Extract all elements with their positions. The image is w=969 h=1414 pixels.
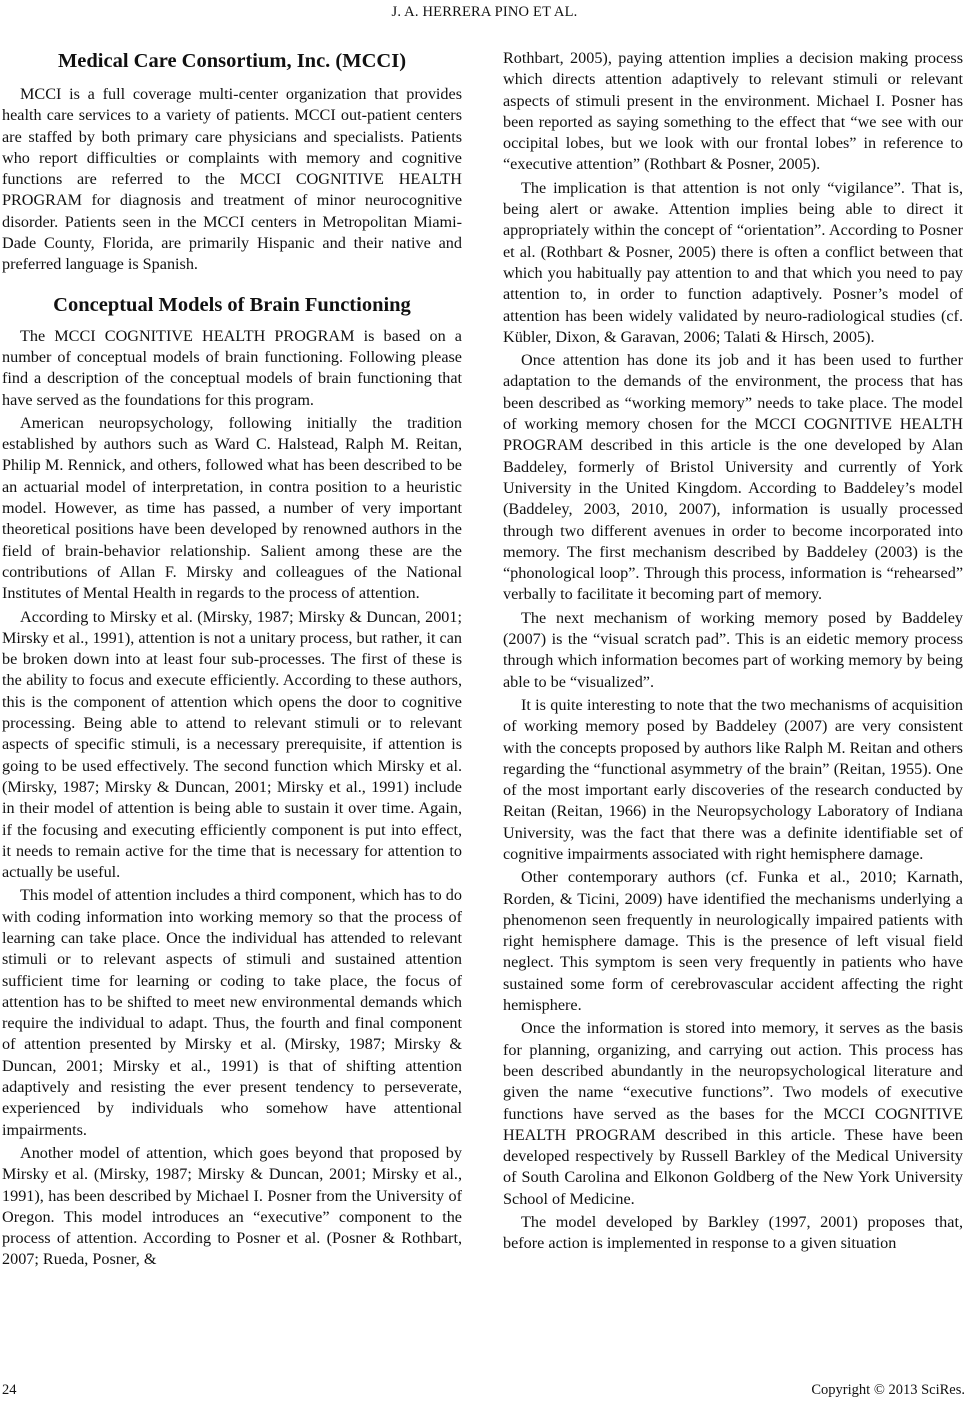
paragraph: Another model of attention, which goes b… (2, 1143, 462, 1271)
paragraph: According to Mirsky et al. (Mirsky, 1987… (2, 607, 462, 884)
section-title-conceptual-models: Conceptual Models of Brain Functioning (2, 292, 462, 318)
paragraph: This model of attention includes a third… (2, 885, 462, 1141)
copyright-notice: Copyright © 2013 SciRes. (811, 1382, 965, 1399)
right-column: Rothbart, 2005), paying attention implie… (503, 48, 963, 1257)
paragraph: The implication is that attention is not… (503, 178, 963, 348)
paragraph: It is quite interesting to note that the… (503, 695, 963, 865)
paragraph: The model developed by Barkley (1997, 20… (503, 1212, 963, 1255)
page-number: 24 (2, 1382, 17, 1399)
paragraph: Other contemporary authors (cf. Funka et… (503, 867, 963, 1016)
paragraph: American neuropsychology, following init… (2, 413, 462, 605)
paragraph: Once attention has done its job and it h… (503, 350, 963, 606)
paragraph: The next mechanism of working memory pos… (503, 608, 963, 693)
section-title-mcci: Medical Care Consortium, Inc. (MCCI) (2, 48, 462, 74)
paragraph: The MCCI COGNITIVE HEALTH PROGRAM is bas… (2, 326, 462, 411)
left-column: Medical Care Consortium, Inc. (MCCI) MCC… (2, 48, 462, 1273)
paragraph: MCCI is a full coverage multi-center org… (2, 84, 462, 276)
paragraph-continuation: Rothbart, 2005), paying attention implie… (503, 48, 963, 176)
running-head: J. A. HERRERA PINO ET AL. (0, 4, 969, 21)
paragraph: Once the information is stored into memo… (503, 1018, 963, 1210)
